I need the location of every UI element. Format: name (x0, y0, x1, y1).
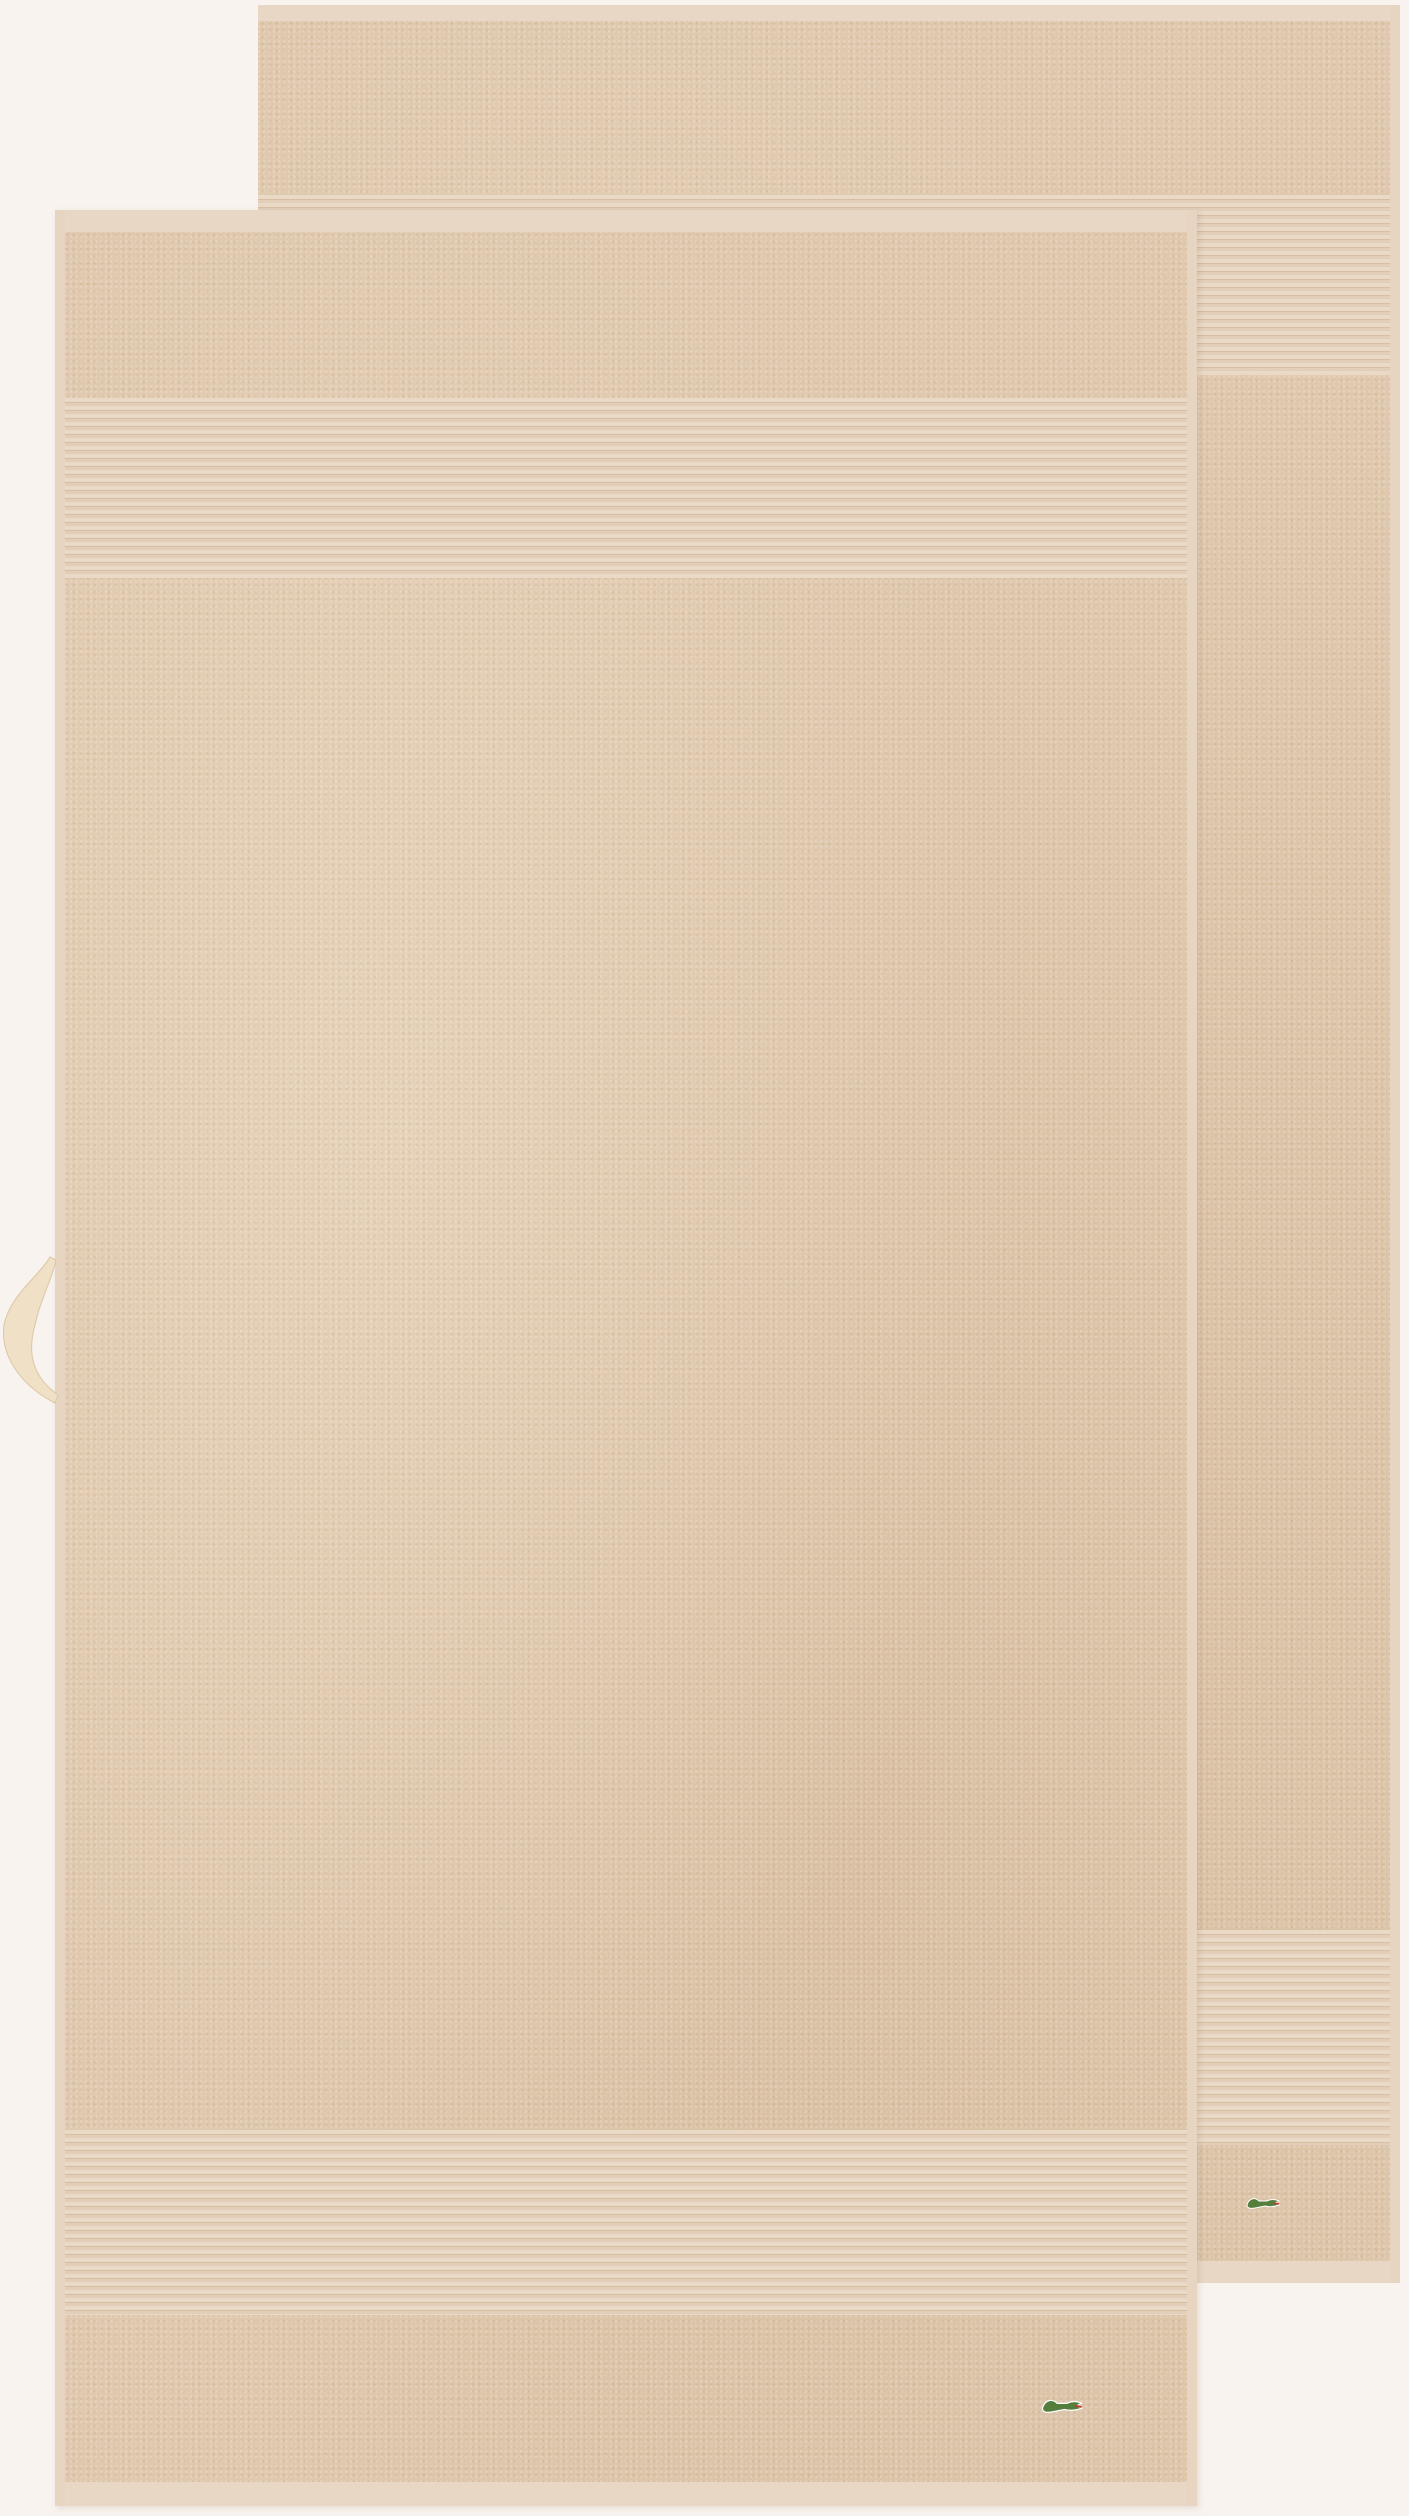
front-towel-bottom-ribbed-band (55, 2130, 1197, 2315)
hanging-loop (0, 1255, 60, 1405)
front-towel-top-hem (55, 210, 1197, 232)
back-towel-top-hem (258, 5, 1400, 21)
front-towel-right-edge (1187, 210, 1197, 2506)
crocodile-logo-icon (1245, 2195, 1281, 2213)
front-towel-top-ribbed-band (55, 398, 1197, 578)
back-towel-right-edge (1390, 5, 1400, 2283)
crocodile-logo-icon (1040, 2396, 1084, 2418)
front-towel-bottom-hem (55, 2482, 1197, 2506)
front-towel (55, 210, 1197, 2506)
